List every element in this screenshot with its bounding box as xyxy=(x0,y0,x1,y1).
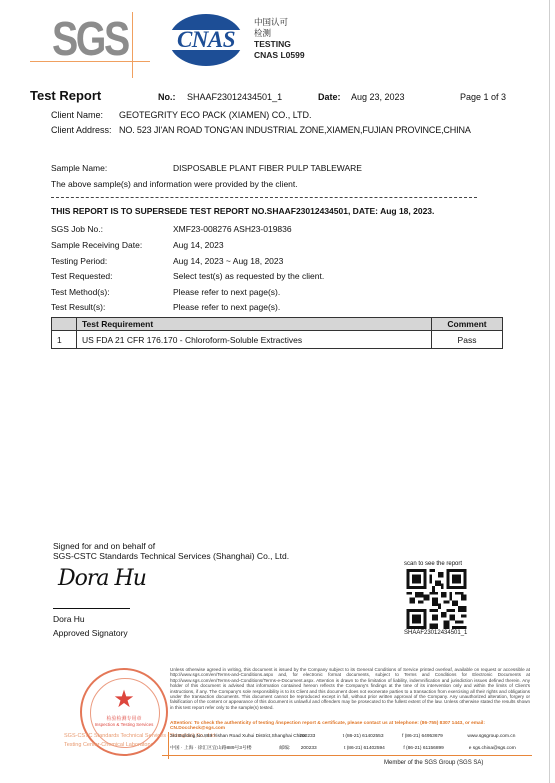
sample-note: The above sample(s) and information were… xyxy=(51,179,298,189)
detail-label: Testing Period: xyxy=(51,256,107,266)
footer-address-cn: 中国 · 上海 · 徐汇区宜山路889号3号楼 邮编: 200233 t (86… xyxy=(170,744,516,751)
report-no-value: SHAAF23012434501_1 xyxy=(187,92,282,102)
detail-value: XMF23-008276 ASH23-019836 xyxy=(173,224,292,234)
report-title: Test Report xyxy=(30,88,101,103)
client-address-label: Client Address: xyxy=(51,125,112,135)
test-requirement-table: Test Requirement Comment 1 US FDA 21 CFR… xyxy=(51,317,503,349)
client-address-value: NO. 523 JI'AN ROAD TONG'AN INDUSTRIAL ZO… xyxy=(119,125,471,135)
qr-code-icon[interactable] xyxy=(405,569,468,629)
col-header-comment: Comment xyxy=(432,318,503,331)
dashed-divider xyxy=(51,197,477,198)
report-no-label: No.: xyxy=(158,92,176,102)
page-indicator: Page 1 of 3 xyxy=(460,92,506,102)
table-row: 1 US FDA 21 CFR 176.170 - Chloroform-Sol… xyxy=(52,331,503,349)
report-date-label: Date: xyxy=(318,92,341,102)
email-link[interactable]: e sgs.china@sgs.com xyxy=(469,746,516,751)
signature-line xyxy=(53,608,130,609)
signing-company: SGS-CSTC Standards Technical Services (S… xyxy=(53,551,289,561)
stamp-center: Testing Center-Chemical Laboratory xyxy=(64,742,152,748)
row-requirement: US FDA 21 CFR 176.170 - Chloroform-Solub… xyxy=(77,331,432,349)
detail-label: SGS Job No.: xyxy=(51,224,103,234)
detail-value: Please refer to next page(s). xyxy=(173,287,280,297)
col-header-no xyxy=(52,318,77,331)
signatory-role: Approved Signatory xyxy=(53,628,128,638)
sample-name-label: Sample Name: xyxy=(51,163,107,173)
footer-divider xyxy=(162,755,532,756)
footer-address-en: 3rd Building,No.889 Yishan Road Xuhui Di… xyxy=(170,734,515,739)
report-date-value: Aug 23, 2023 xyxy=(351,92,405,102)
website-link[interactable]: www.sgsgroup.com.cn xyxy=(467,734,515,739)
cnas-accreditation-info: 中国认可 检测 TESTING CNAS L0599 xyxy=(254,17,305,61)
detail-value: Select test(s) as requested by the clien… xyxy=(173,271,324,281)
supersede-notice: THIS REPORT IS TO SUPERSEDE TEST REPORT … xyxy=(51,206,434,216)
sgs-member-note: Member of the SGS Group (SGS SA) xyxy=(384,760,483,766)
detail-label: Test Result(s): xyxy=(51,302,105,312)
authenticity-notice: Attention: To check the authenticity of … xyxy=(170,721,530,732)
col-header-requirement: Test Requirement xyxy=(77,318,432,331)
client-name-value: GEOTEGRITY ECO PACK (XIAMEN) CO., LTD. xyxy=(119,110,312,120)
row-no: 1 xyxy=(52,331,77,349)
qr-report-id: SHAAF23012434501_1 xyxy=(404,630,467,636)
star-icon: ★ xyxy=(82,688,166,712)
detail-value: Please refer to next page(s). xyxy=(173,302,280,312)
signatory-name: Dora Hu xyxy=(53,614,85,624)
signed-for-text: Signed for and on behalf of xyxy=(53,541,155,551)
detail-label: Test Requested: xyxy=(51,271,112,281)
row-comment: Pass xyxy=(432,331,503,349)
detail-value: Aug 14, 2023 ~ Aug 18, 2023 xyxy=(173,256,283,266)
client-name-label: Client Name: xyxy=(51,110,103,120)
qr-caption: scan to see the report xyxy=(404,561,462,567)
sample-name-value: DISPOSABLE PLANT FIBER PULP TABLEWARE xyxy=(173,163,362,173)
page-edge xyxy=(549,0,550,783)
cnas-logo: CNAS xyxy=(165,14,247,66)
detail-label: Test Method(s): xyxy=(51,287,110,297)
table-header-row: Test Requirement Comment xyxy=(52,318,503,331)
detail-label: Sample Receiving Date: xyxy=(51,240,142,250)
detail-value: Aug 14, 2023 xyxy=(173,240,224,250)
handwritten-signature: Dora Hu xyxy=(58,566,146,591)
sgs-logo: SGS xyxy=(52,14,147,66)
legal-disclaimer: Unless otherwise agreed in writing, this… xyxy=(170,667,530,710)
